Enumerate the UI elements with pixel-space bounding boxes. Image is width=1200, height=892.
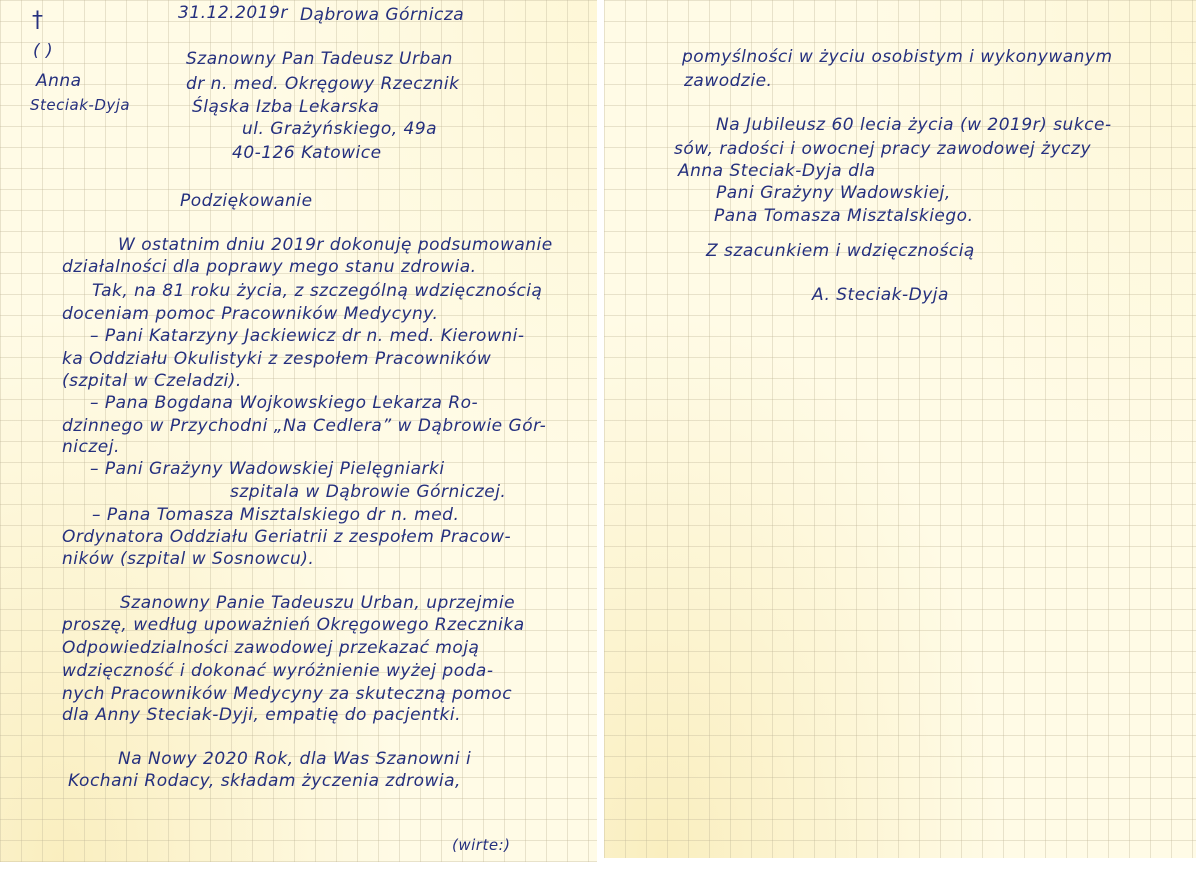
signature: A. Steciak-Dyja (812, 284, 949, 306)
body-line: Pani Grażyny Wadowskiej, (716, 182, 951, 204)
body-line: – Pana Tomasza Misztalskiego dr n. med. (92, 504, 459, 526)
body-line: Ordynatora Oddziału Geriatrii z zespołem… (62, 526, 511, 548)
body-line: ników (szpital w Sosnowcu). (62, 548, 314, 570)
body-line: Kochani Rodacy, składam życzenia zdrowia… (68, 770, 461, 792)
body-line: Pana Tomasza Misztalskiego. (714, 205, 974, 227)
body-line: zawodzie. (684, 70, 772, 92)
body-line: Odpowiedzialności zawodowej przekazać mo… (62, 637, 479, 659)
body-line: działalności dla poprawy mego stanu zdro… (62, 256, 477, 278)
body-line: nych Pracowników Medycyny za skuteczną p… (62, 683, 512, 705)
body-line: – Pani Katarzyny Jackiewicz dr n. med. K… (90, 325, 524, 347)
body-line: W ostatnim dniu 2019r dokonuję podsumowa… (118, 234, 553, 256)
body-line: Tak, na 81 roku życia, z szczególną wdzi… (92, 280, 542, 302)
letter-place: Dąbrowa Górnicza (300, 4, 464, 26)
body-line: proszę, według upoważnień Okręgowego Rze… (62, 614, 525, 636)
parens-mark: ( ) (33, 40, 53, 62)
body-line: Na Nowy 2020 Rok, dla Was Szanowni i (118, 748, 471, 770)
body-line: pomyślności w życiu osobistym i wykonywa… (682, 46, 1113, 68)
letter-date: 31.12.2019r (178, 2, 288, 24)
sender-first-name: Anna (36, 70, 82, 92)
body-line: Szanowny Panie Tadeuszu Urban, uprzejmie (120, 592, 515, 614)
addressee-line: Szanowny Pan Tadeusz Urban (186, 48, 453, 70)
body-line: ka Oddziału Okulistyki z zespołem Pracow… (62, 348, 491, 370)
addressee-line: ul. Grażyńskiego, 49a (242, 118, 437, 140)
body-line: (szpital w Czeladzi). (62, 370, 242, 392)
body-line: szpitala w Dąbrowie Górniczej. (230, 481, 506, 503)
letter-page-2: pomyślności w życiu osobistym i wykonywa… (604, 0, 1196, 858)
body-line: doceniam pomoc Pracowników Medycyny. (62, 303, 438, 325)
body-line: dzinnego w Przychodni „Na Cedlera” w Dąb… (62, 415, 546, 437)
continued-note: (wirte:) (452, 834, 510, 856)
body-line: – Pani Grażyny Wadowskiej Pielęgniarki (90, 458, 445, 480)
body-line: niczej. (62, 436, 120, 458)
body-line: sów, radości i owocnej pracy zawodowej ż… (674, 138, 1091, 160)
addressee-line: 40-126 Katowice (232, 142, 382, 164)
addressee-line: Śląska Izba Lekarska (192, 96, 379, 118)
body-line: dla Anny Steciak-Dyji, empatię do pacjen… (62, 704, 461, 726)
body-line: Na Jubileusz 60 lecia życia (w 2019r) su… (716, 114, 1112, 136)
letter-page-1: † ( ) Anna Steciak-Dyja 31.12.2019r Dąbr… (0, 0, 597, 862)
letter-heading: Podziękowanie (180, 190, 313, 212)
addressee-line: dr n. med. Okręgowy Rzecznik (186, 73, 459, 95)
closing-line: Z szacunkiem i wdzięcznością (706, 240, 975, 262)
cross-mark: † (32, 10, 44, 32)
body-line: Anna Steciak-Dyja dla (678, 160, 876, 182)
body-line: wdzięczność i dokonać wyróżnienie wyżej … (62, 660, 493, 682)
sender-last-name: Steciak-Dyja (30, 94, 130, 116)
body-line: – Pana Bogdana Wojkowskiego Lekarza Ro- (90, 392, 478, 414)
